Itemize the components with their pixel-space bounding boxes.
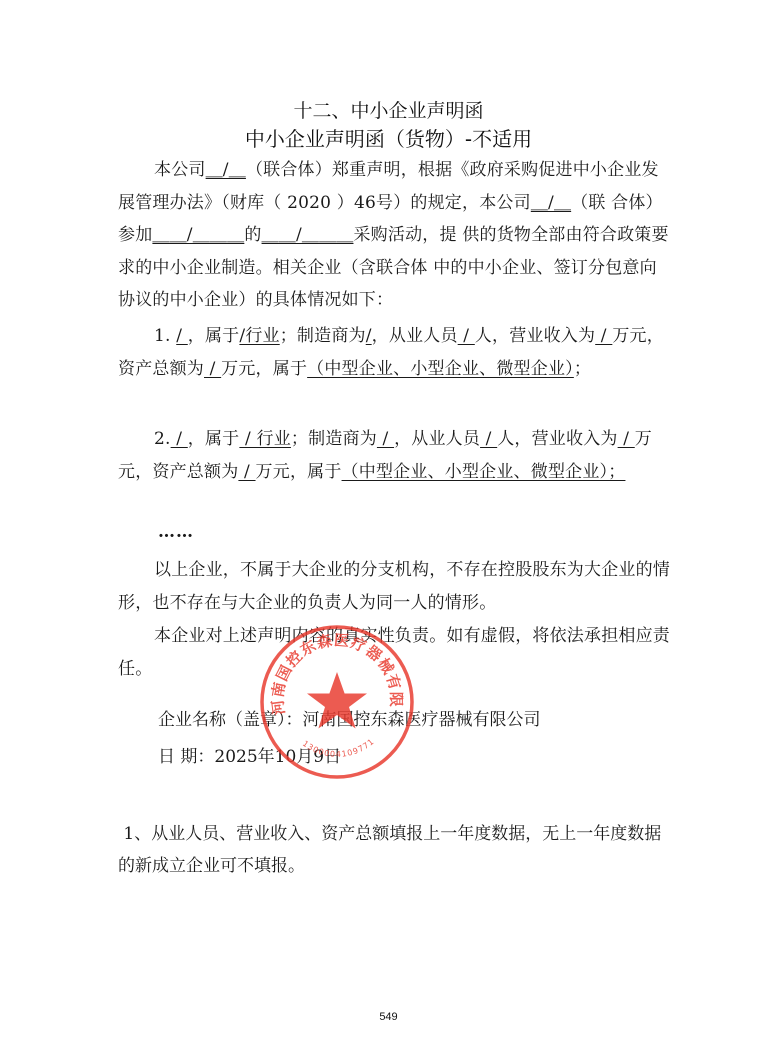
item-number: 2. (154, 429, 171, 449)
document-page: 十二、中小企业声明函 中小企业声明函（货物）-不适用 本公司＿/＿（联合体）郑重… (0, 0, 777, 1041)
revenue-field: / (595, 326, 612, 346)
declaration-paragraph-1: 以上企业，不属于大企业的分支机构，不存在控股股东为大企业的情形，也不存在与大企业… (118, 554, 670, 619)
label: 人，营业收入为 (497, 429, 617, 449)
blank-field: / (171, 429, 188, 449)
assets-field: / (204, 359, 221, 379)
intro-paragraph: 本公司＿/＿（联合体）郑重声明，根据《政府采购促进中小企业发展管理办法》（财库（… (118, 154, 670, 317)
label: ，从业人员 (394, 429, 480, 449)
footnote: 1、从业人员、营业收入、资产总额填报上一年度数据，无上一年度数据的新成立企业可不… (118, 818, 678, 882)
industry-field: / 行业 (239, 429, 291, 449)
employees-field: / (480, 429, 497, 449)
declaration-paragraph-2: 本企业对上述声明内容的真实性负责。如有虚假，将依法承担相应责任。 (118, 620, 670, 685)
ellipsis: …… (158, 522, 194, 542)
revenue-field: / (618, 429, 635, 449)
enterprise-item-1: 1. / ，属于/行业；制造商为/，从业人员 / 人，营业收入为 / 万元，资产… (118, 320, 670, 385)
page-number: 549 (0, 1011, 777, 1023)
enterprise-type-field: （中型企业、小型企业、微型企业）； (342, 462, 626, 482)
label: ，从业人员 (372, 326, 458, 346)
document-title: 中小企业声明函（货物）-不适用 (0, 123, 777, 152)
declaration-text: 本企业对上述声明内容的真实性负责。如有虚假，将依法承担相应责任。 (118, 626, 670, 679)
label: 万元，属于 (221, 359, 307, 379)
assets-field: / (238, 462, 255, 482)
label: ，属于 (188, 326, 240, 346)
intro-text: 本公司 (154, 160, 206, 180)
label: ，属于 (188, 429, 240, 449)
blank-field: / (176, 326, 188, 346)
company-label: 企业名称（盖章）： (158, 710, 303, 730)
blank-field: ＿＿/＿＿＿ (152, 225, 244, 245)
label: 人，营业收入为 (475, 326, 595, 346)
blank-field: ＿/＿ (206, 160, 246, 180)
declaration-text: 以上企业，不属于大企业的分支机构，不存在控股股东为大企业的情形，也不存在与大企业… (118, 560, 670, 613)
date-line: 日 期：2025年10月9日 (158, 742, 341, 767)
company-name: 河南国控东森医疗器械有限公司 (303, 710, 541, 730)
label: ； (574, 359, 591, 379)
section-title: 十二、中小企业声明函 (0, 96, 777, 123)
enterprise-type-field: （中型企业、小型企业、微型企业） (307, 359, 574, 379)
footnote-text: 1、从业人员、营业收入、资产总额填报上一年度数据，无上一年度数据的新成立企业可不… (118, 824, 661, 876)
company-name-line: 企业名称（盖章）：河南国控东森医疗器械有限公司 (158, 705, 541, 730)
blank-field: ＿＿/＿＿＿ (262, 225, 354, 245)
label: ；制造商为 (280, 326, 366, 346)
date-label: 日 期： (158, 747, 214, 767)
label: 万元，属于 (256, 462, 342, 482)
item-number: 1. (154, 326, 171, 346)
enterprise-item-2: 2. / ，属于 / 行业；制造商为 / ，从业人员 / 人，营业收入为 / 万… (118, 423, 670, 488)
employees-field: / (458, 326, 475, 346)
manufacturer-field: / (377, 429, 394, 449)
date-value: 2025年10月9日 (214, 747, 341, 767)
blank-field: ＿/＿ (531, 193, 571, 213)
label: ；制造商为 (291, 429, 377, 449)
intro-text: 的 (244, 225, 261, 245)
industry-field: /行业 (239, 326, 279, 346)
